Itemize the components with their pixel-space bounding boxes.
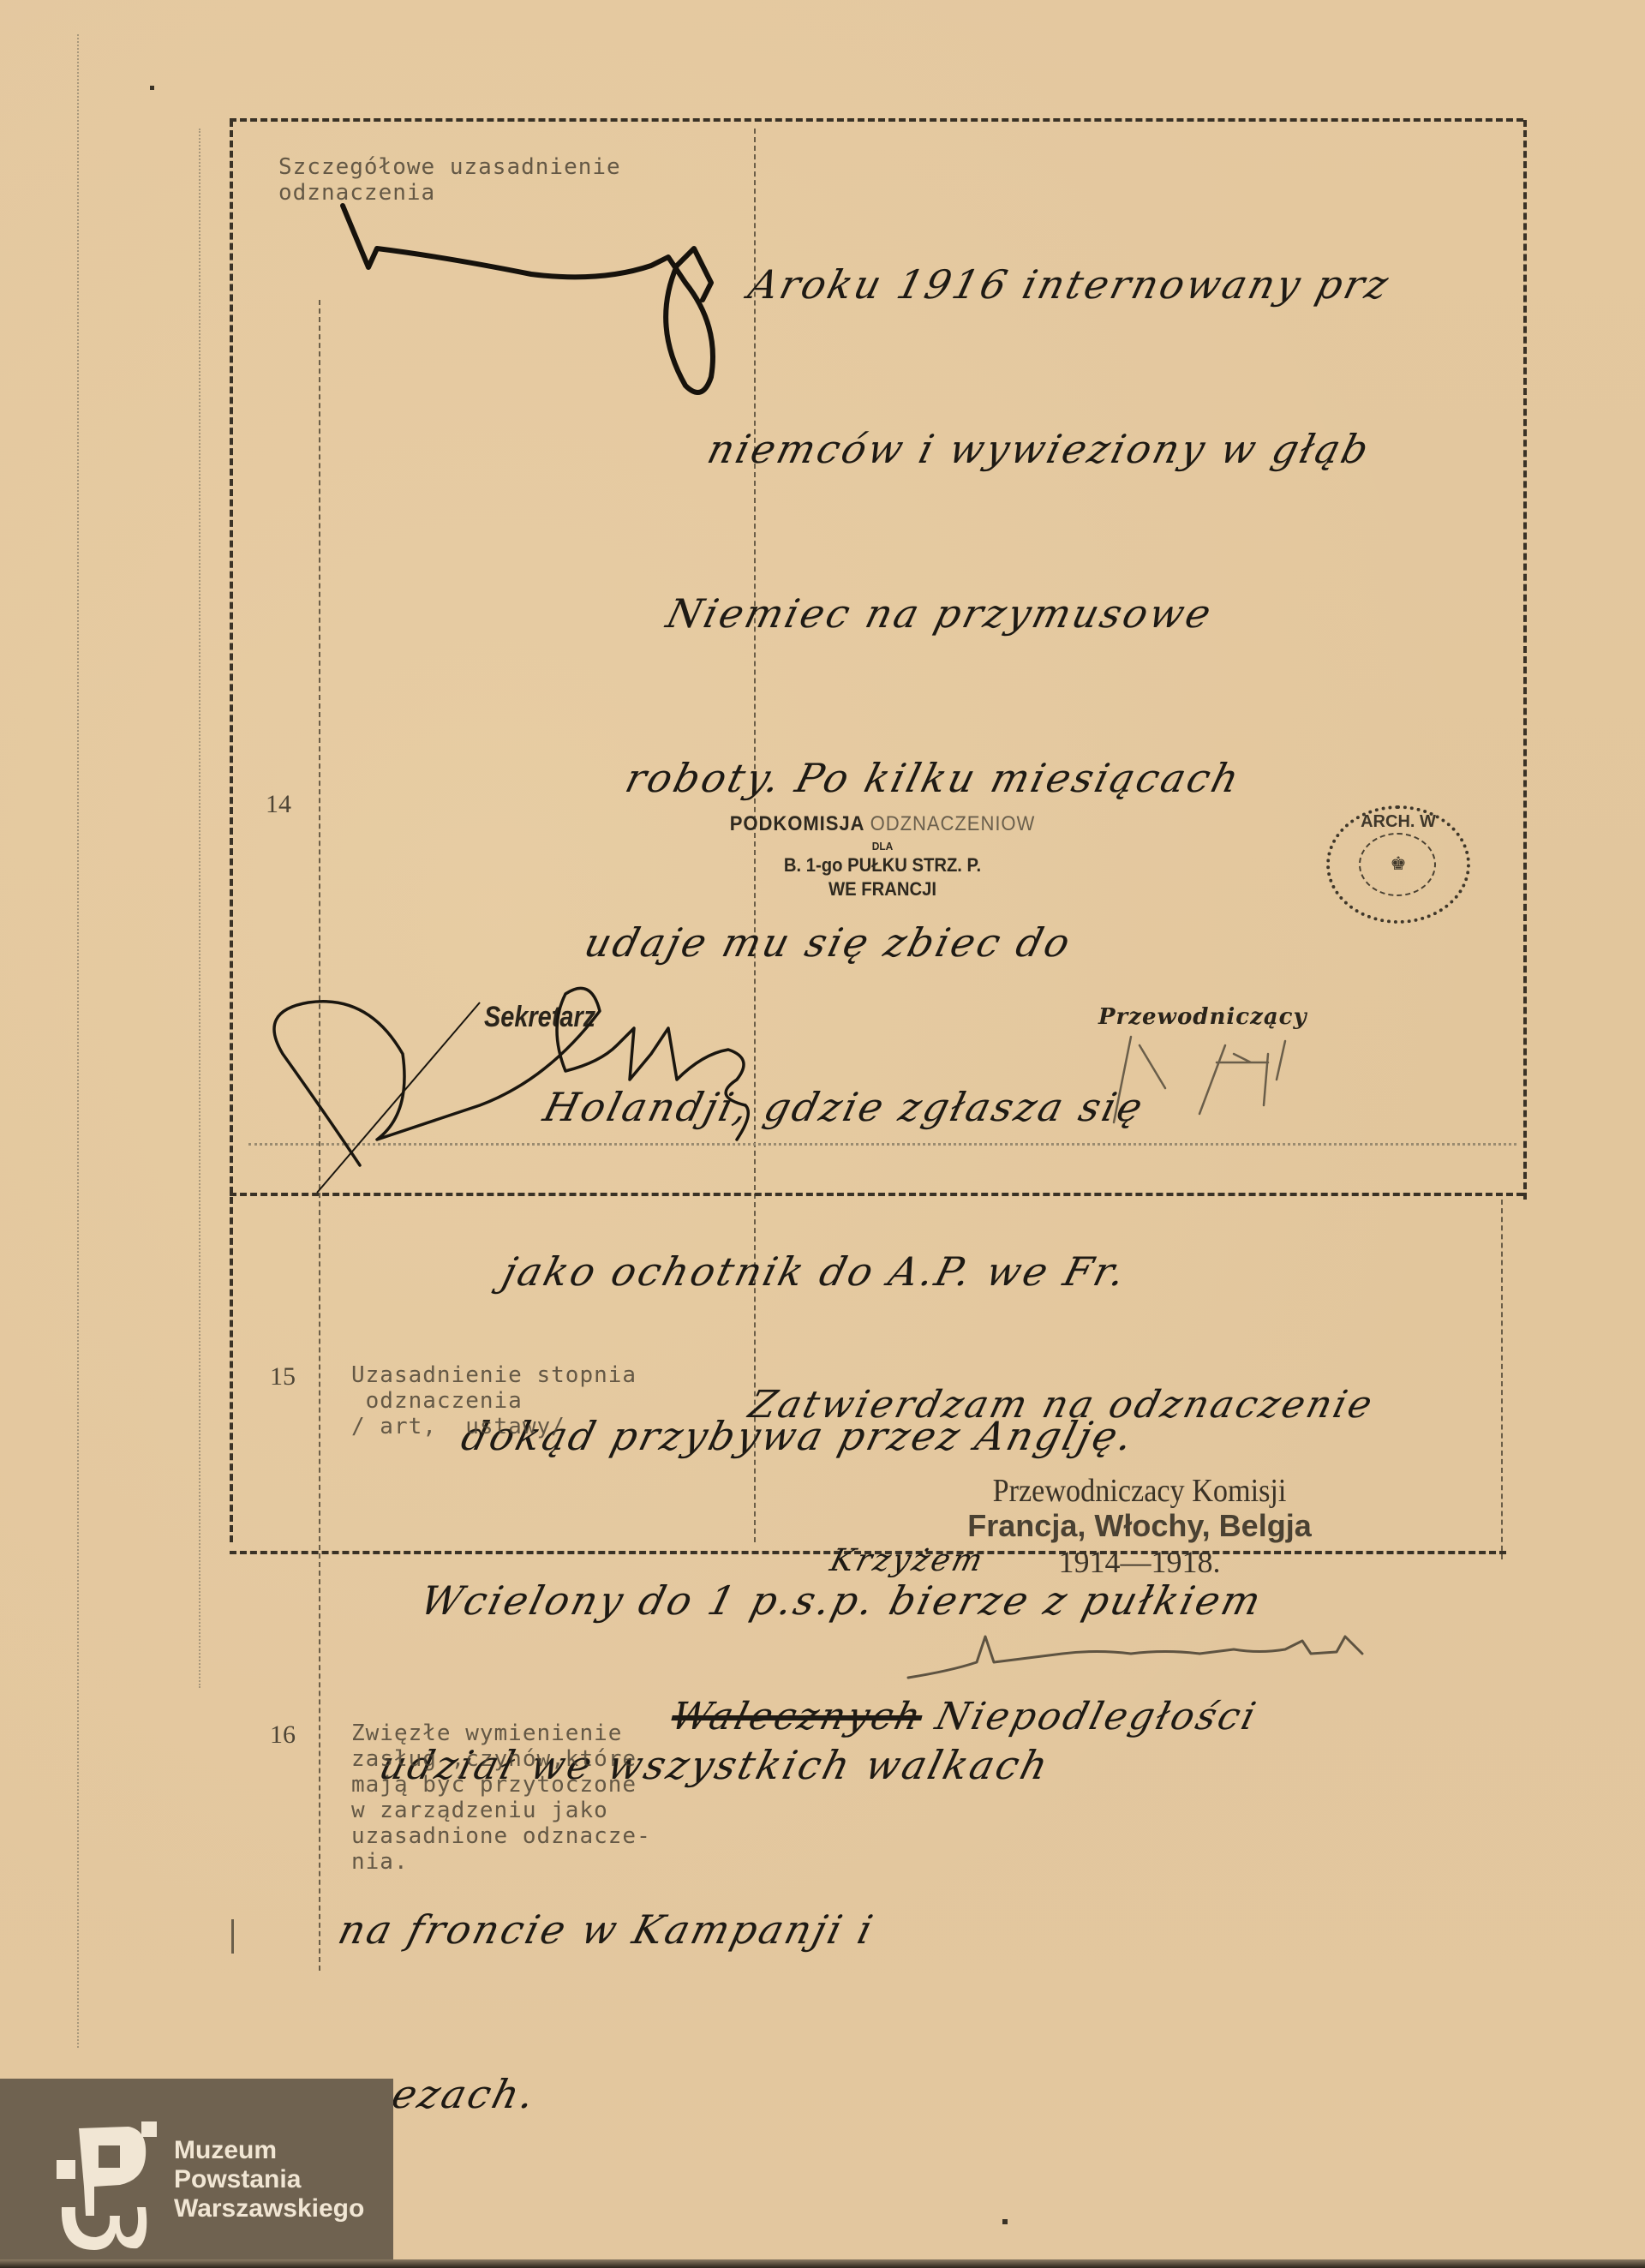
commission-signature	[908, 1637, 1362, 1678]
scan-speck	[150, 86, 154, 90]
museum-name-line: Warszawskiego	[174, 2194, 364, 2223]
chairman-signature	[1114, 1037, 1285, 1122]
secretary-signature	[274, 988, 748, 1165]
museum-name-line: Powstania	[174, 2165, 364, 2194]
scan-speck	[231, 1919, 234, 1954]
secretary-signature-stroke	[317, 1002, 480, 1193]
scanned-document-page: Szczegółowe uzasadnienie odznaczenia Aro…	[0, 0, 1645, 2268]
museum-name-line: Muzeum	[174, 2136, 364, 2165]
museum-name: Muzeum Powstania Warszawskiego	[174, 2136, 364, 2223]
museum-watermark: Muzeum Powstania Warszawskiego	[0, 2079, 393, 2268]
flourish-signature-top	[343, 206, 713, 392]
scan-bottom-edge	[0, 2259, 1645, 2268]
ink-signatures-layer	[0, 0, 1645, 2268]
kotwica-anchor-icon	[0, 2079, 171, 2268]
scan-speck	[1002, 2219, 1008, 2224]
